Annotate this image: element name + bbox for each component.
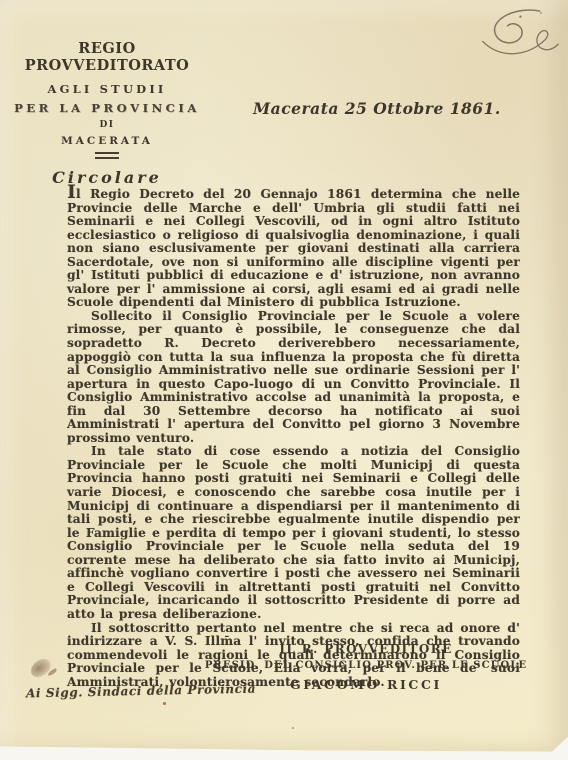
signature-title-line2: PRESID. DEL CONSIGLIO PROV. PER LE SCUOL… (198, 660, 534, 671)
paper-speck (163, 702, 166, 705)
letterhead-office-line4: DI (14, 120, 200, 130)
addressee-line: Ai Sigg. Sindaci della Provincia (26, 682, 256, 701)
paragraph-3: In tale stato di cose essendo a notizia … (67, 445, 520, 621)
handwritten-mark-6-icon (468, 6, 560, 64)
ink-blot (28, 656, 55, 680)
letterhead-office-line5: MACERATA (14, 135, 200, 147)
signature-title-line1: IL R. PROVVEDITORE (198, 642, 534, 656)
paper-speck (540, 12, 542, 14)
paragraph-2: Sollecito il Consiglio Provinciale per l… (67, 310, 520, 445)
scanned-paper: REGIO PROVVEDITORATO AGLI STUDII PER LA … (0, 0, 568, 760)
letterhead: REGIO PROVVEDITORATO AGLI STUDII PER LA … (14, 40, 200, 187)
letterhead-office-line2: AGLI STUDII (14, 82, 200, 96)
paper-speck (292, 727, 294, 729)
letter-body: Il Regio Decreto del 20 Gennajo 1861 det… (67, 186, 520, 689)
paragraph-1: Il Regio Decreto del 20 Gennajo 1861 det… (67, 186, 520, 310)
letterhead-office-line3: PER LA PROVINCIA (14, 101, 200, 115)
dateline: Macerata 25 Ottobre 1861. (253, 99, 501, 118)
letterhead-office-line1: REGIO PROVVEDITORATO (14, 40, 200, 74)
doc-type-label: Circolare (14, 168, 200, 187)
double-rule (95, 152, 119, 159)
